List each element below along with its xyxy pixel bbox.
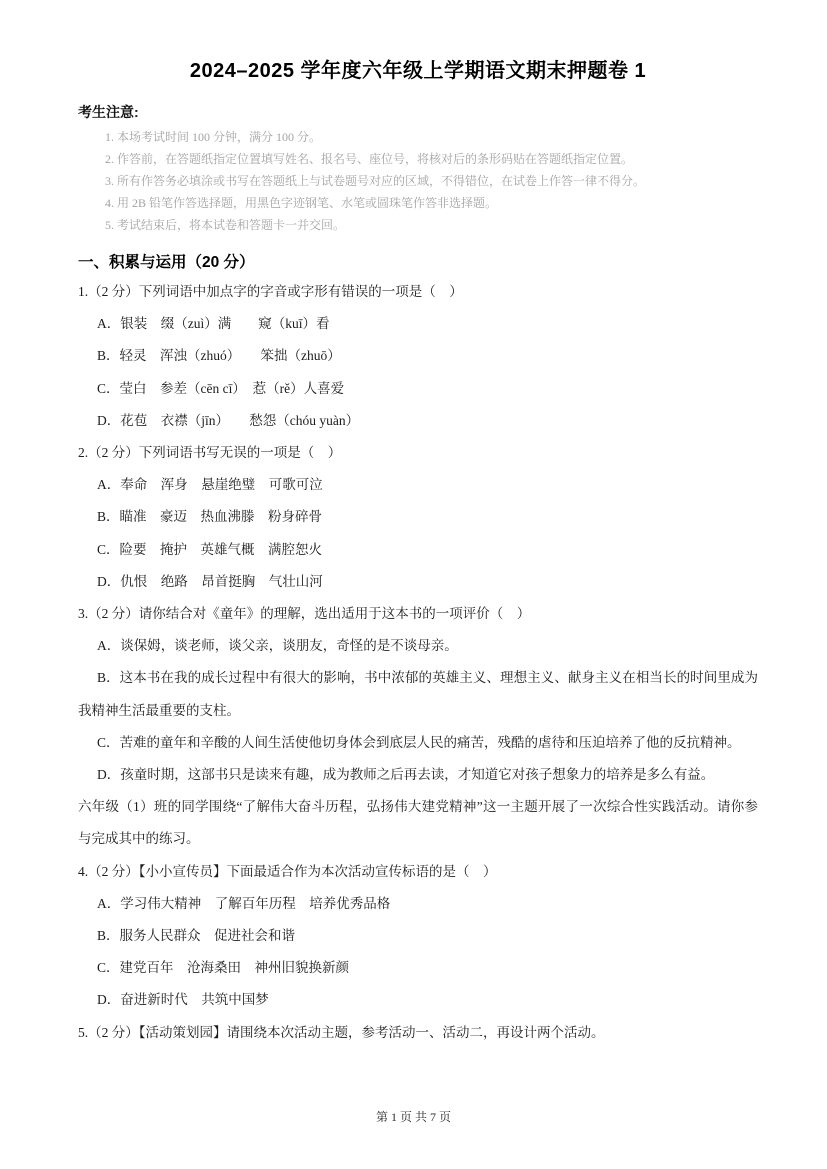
- notice-item: 2. 作答前，在答题纸指定位置填写姓名、报名号、座位号，将核对后的条形码贴在答题…: [105, 148, 758, 170]
- question-5-stem: 5.（2 分）【活动策划园】请围绕本次活动主题，参考活动一、活动二，再设计两个活…: [78, 1017, 758, 1049]
- question-2-option-c: C．险要 掩护 英雄气概 满腔恕火: [78, 534, 758, 566]
- notice-item: 3. 所有作答务必填涂或书写在答题纸上与试卷题号对应的区域，不得错位，在试卷上作…: [105, 170, 758, 192]
- question-1-option-b: B．轻灵 浑浊（zhuó） 笨拙（zhuō）: [78, 340, 758, 372]
- notice-list: 1. 本场考试时间 100 分钟，满分 100 分。 2. 作答前，在答题纸指定…: [105, 126, 758, 236]
- question-1-option-d: D．花苞 衣襟（jīn） 愁怨（chóu yuàn）: [78, 405, 758, 437]
- question-1-stem: 1.（2 分）下列词语中加点字的字音或字形有错误的一项是（ ）: [78, 276, 758, 308]
- question-1: 1.（2 分）下列词语中加点字的字音或字形有错误的一项是（ ） A．银装 缀（z…: [78, 276, 758, 437]
- question-4-option-c: C．建党百年 沧海桑田 神州旧貌换新颜: [78, 952, 758, 984]
- question-4: 4.（2 分）【小小宣传员】下面最适合作为本次活动宣传标语的是（ ） A．学习伟…: [78, 856, 758, 1017]
- question-4-option-a: A．学习伟大精神 了解百年历程 培养优秀品格: [78, 888, 758, 920]
- notice-item: 4. 用 2B 铅笔作答选择题，用黑色字迹钢笔、水笔或圆珠笔作答非选择题。: [105, 192, 758, 214]
- candidate-notice-section: 考生注意: 1. 本场考试时间 100 分钟，满分 100 分。 2. 作答前，…: [78, 102, 758, 236]
- question-4-stem: 4.（2 分）【小小宣传员】下面最适合作为本次活动宣传标语的是（ ）: [78, 856, 758, 888]
- question-1-option-a: A．银装 缀（zuì）满 窥（kuī）看: [78, 308, 758, 340]
- page-content: 2024–2025 学年度六年级上学期语文期末押题卷 1 考生注意: 1. 本场…: [0, 0, 827, 1049]
- question-3-option-d: D．孩童时期，这部书只是读来有趣，成为教师之后再去读，才知道它对孩子想象力的培养…: [78, 759, 758, 791]
- page-footer: 第 1 页 共 7 页: [0, 1108, 827, 1125]
- exam-title: 2024–2025 学年度六年级上学期语文期末押题卷 1: [78, 56, 758, 86]
- question-2-option-b: B．瞄准 豪迈 热血沸滕 粉身碎骨: [78, 501, 758, 533]
- question-3: 3.（2 分）请你结合对《童年》的理解，选出适用于这本书的一项评价（ ） A．谈…: [78, 598, 758, 791]
- activity-intro-paragraph: 六年级（1）班的同学围绕“了解伟大奋斗历程，弘扬伟大建党精神”这一主题开展了一次…: [78, 791, 758, 855]
- question-area: 1.（2 分）下列词语中加点字的字音或字形有错误的一项是（ ） A．银装 缀（z…: [78, 276, 758, 1049]
- question-2: 2.（2 分）下列词语书写无误的一项是（ ） A．奉命 浑身 悬崖绝璧 可歌可泣…: [78, 437, 758, 598]
- exam-paper-page: 2024–2025 学年度六年级上学期语文期末押题卷 1 考生注意: 1. 本场…: [0, 0, 827, 1169]
- notice-item: 1. 本场考试时间 100 分钟，满分 100 分。: [105, 126, 758, 148]
- section-heading-accumulation: 一、积累与运用（20 分）: [78, 250, 758, 276]
- question-4-option-b: B．服务人民群众 促进社会和谐: [78, 920, 758, 952]
- question-1-option-c: C．莹白 参差（cēn cī） 惹（rě）人喜爱: [78, 373, 758, 405]
- question-5: 5.（2 分）【活动策划园】请围绕本次活动主题，参考活动一、活动二，再设计两个活…: [78, 1017, 758, 1049]
- question-3-stem: 3.（2 分）请你结合对《童年》的理解，选出适用于这本书的一项评价（ ）: [78, 598, 758, 630]
- question-4-option-d: D．奋进新时代 共筑中国梦: [78, 984, 758, 1016]
- question-3-option-a: A．谈保姆，谈老师，谈父亲，谈朋友，奇怪的是不谈母亲。: [78, 630, 758, 662]
- question-3-option-c: C．苦难的童年和辛酸的人间生活使他切身体会到底层人民的痛苦，残酷的虐待和压迫培养…: [78, 727, 758, 759]
- notice-heading: 考生注意:: [78, 102, 758, 122]
- notice-item: 5. 考试结束后，将本试卷和答题卡一并交回。: [105, 214, 758, 236]
- question-2-stem: 2.（2 分）下列词语书写无误的一项是（ ）: [78, 437, 758, 469]
- question-2-option-d: D．仇恨 绝路 昂首挺胸 气壮山河: [78, 566, 758, 598]
- question-2-option-a: A．奉命 浑身 悬崖绝璧 可歌可泣: [78, 469, 758, 501]
- question-3-option-b: B．这本书在我的成长过程中有很大的影响，书中浓郁的英雄主义、理想主义、献身主义在…: [78, 662, 758, 726]
